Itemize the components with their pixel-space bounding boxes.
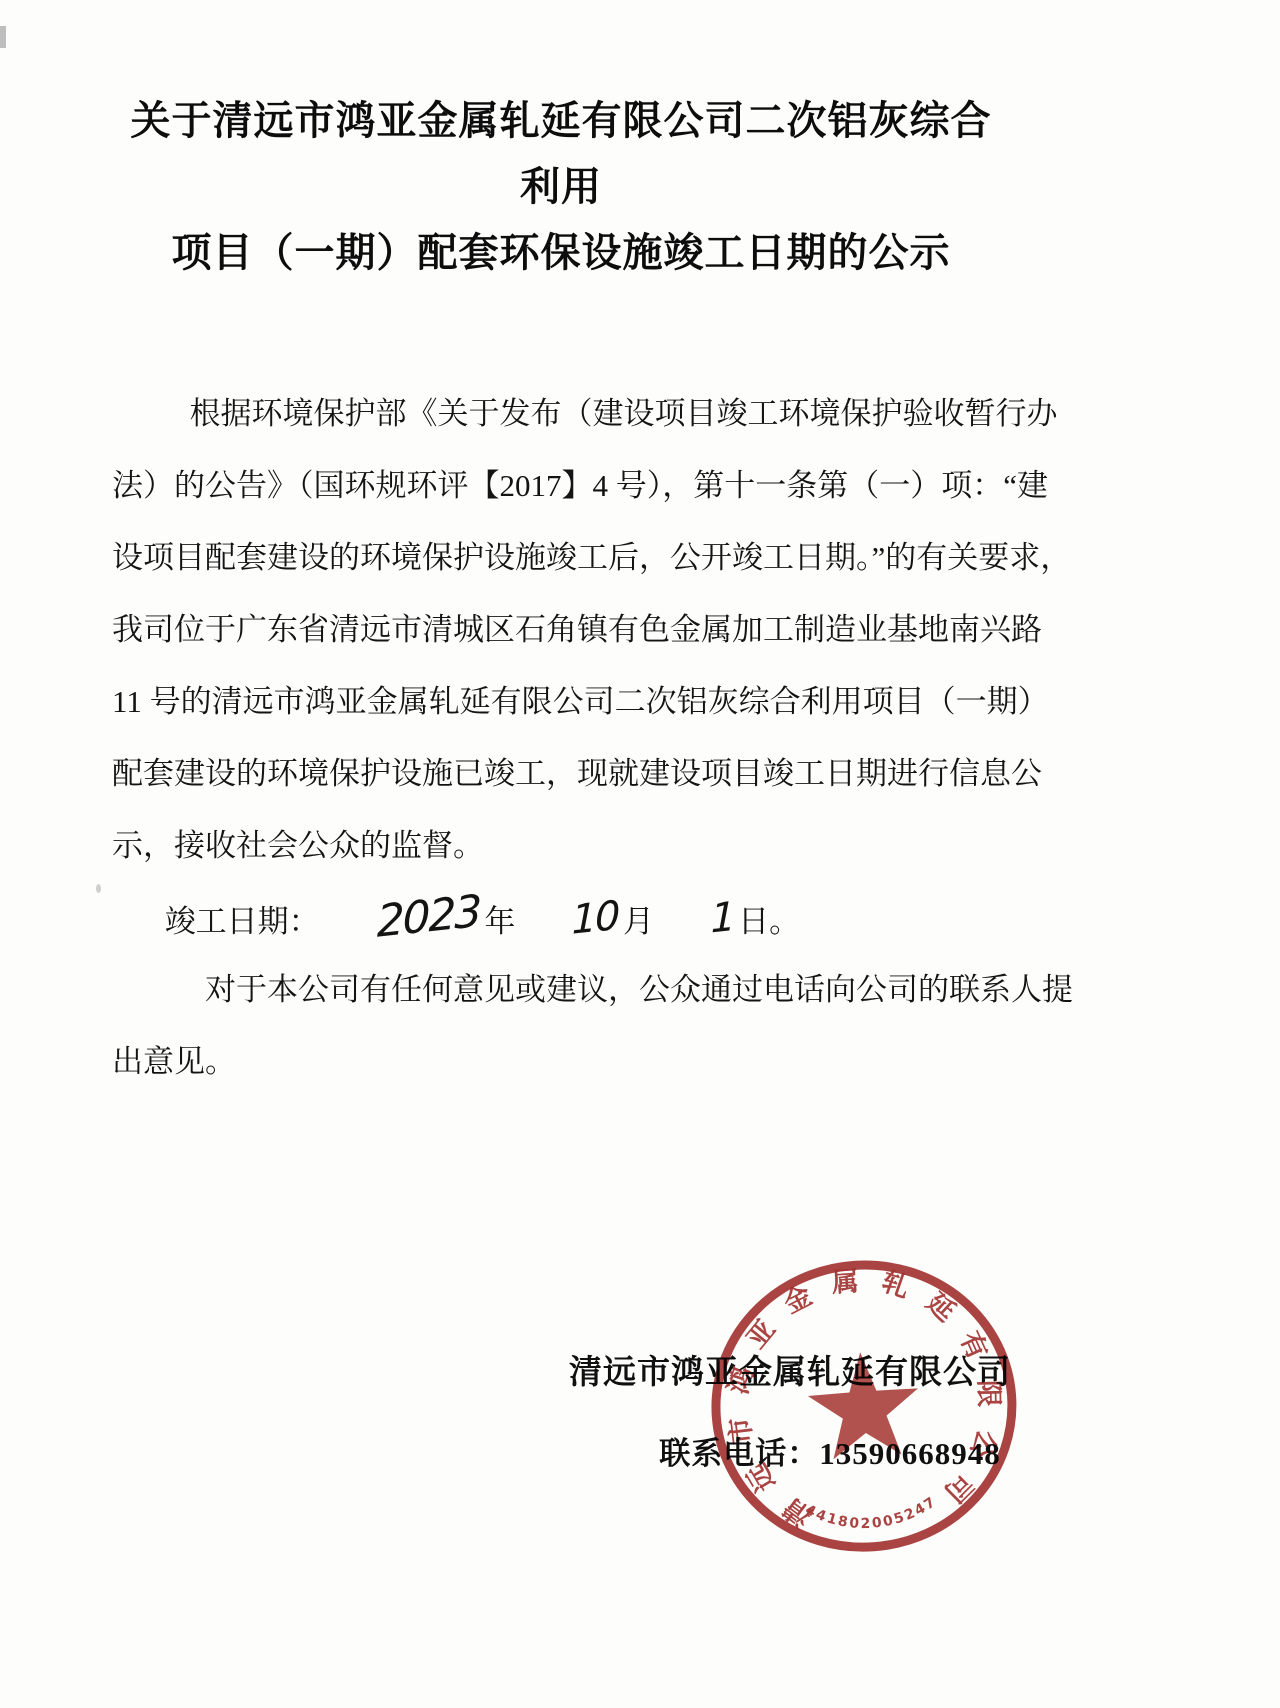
title-line-1: 关于清远市鸿亚金属轧延有限公司二次铝灰综合利用 bbox=[131, 98, 992, 210]
paragraph-2: 对于本公司有任何意见或建议，公众通过电话向公司的联系人提 出意见。 bbox=[112, 954, 1010, 1098]
handwritten-year: 2023 bbox=[320, 875, 484, 965]
body-line: 法）的公告》（国环规环评【2017】4 号），第十一条第（一）项：“建 bbox=[112, 450, 1010, 522]
page-title: 关于清远市鸿亚金属轧延有限公司二次铝灰综合利用 项目（一期）配套环保设施竣工日期… bbox=[112, 88, 1010, 286]
seal-star bbox=[805, 1348, 922, 1460]
paragraph-1: 根据环境保护部《关于发布（建设项目竣工环境保护验收暂行办 法）的公告》（国环规环… bbox=[112, 378, 1010, 882]
body-line: 11 号的清远市鸿亚金属轧延有限公司二次铝灰综合利用项目（一期） bbox=[112, 666, 1010, 738]
title-line-2: 项目（一期）配套环保设施竣工日期的公示 bbox=[172, 230, 951, 276]
document-content: 关于清远市鸿亚金属轧延有限公司二次铝灰综合利用 项目（一期）配套环保设施竣工日期… bbox=[112, 88, 1010, 1098]
scan-artifact bbox=[0, 26, 6, 48]
year-unit: 年 bbox=[484, 904, 515, 939]
day-unit: 日。 bbox=[738, 904, 800, 939]
handwritten-month: 10 bbox=[516, 879, 623, 963]
scan-artifact bbox=[96, 884, 101, 893]
handwritten-day: 1 bbox=[654, 880, 738, 961]
document-page: 关于清远市鸿亚金属轧延有限公司二次铝灰综合利用 项目（一期）配套环保设施竣工日期… bbox=[0, 0, 1280, 1708]
body-line: 出意见。 bbox=[112, 1026, 1010, 1098]
month-unit: 月 bbox=[623, 904, 654, 939]
body-line: 配套建设的环境保护设施已竣工，现就建设项目竣工日期进行信息公 bbox=[112, 738, 1010, 810]
completion-date-label: 竣工日期： bbox=[165, 904, 320, 939]
body-line: 根据环境保护部《关于发布（建设项目竣工环境保护验收暂行办 bbox=[112, 378, 1010, 450]
body-line: 对于本公司有任何意见或建议，公众通过电话向公司的联系人提 bbox=[112, 954, 1010, 1026]
company-seal: 清远市鸿亚金属轧延有限公司 441802005247 bbox=[697, 1239, 1032, 1574]
completion-date-line: 竣工日期：2023年10月1日。 bbox=[112, 882, 1010, 954]
body-line: 示，接收社会公众的监督。 bbox=[112, 810, 1010, 882]
seal-code-arc-text: 441802005247 bbox=[802, 1493, 942, 1537]
body-line: 设项目配套建设的环境保护设施竣工后，公开竣工日期。”的有关要求， bbox=[112, 522, 1010, 594]
body-line: 我司位于广东省清远市清城区石角镇有色金属加工制造业基地南兴路 bbox=[112, 594, 1010, 666]
seal-code-arc: 441802005247 bbox=[802, 1493, 942, 1537]
